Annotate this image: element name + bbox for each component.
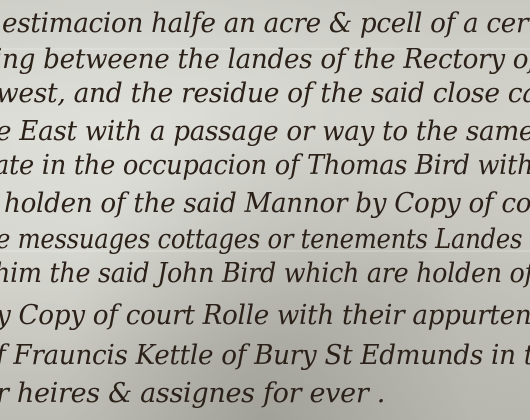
manuscript-line-7: e messuages cottages or tenements Landes… [0, 224, 530, 255]
manuscript-page: estimacion halfe an acre & pcell of a ce… [0, 0, 530, 420]
manuscript-line-4: e East with a passage or way to the same… [0, 116, 530, 147]
manuscript-line-2: ing betweene the landes of the Rectory o… [0, 44, 530, 75]
manuscript-line-3: west, and the residue of the said close … [0, 78, 530, 109]
manuscript-line-11: r heires & assignes for ever . [0, 378, 385, 409]
manuscript-line-9: y Copy of court Rolle with their appurte… [0, 300, 530, 331]
manuscript-line-8: him the said John Bird which are holden … [0, 258, 530, 289]
manuscript-line-6: holden of the said Mannor by Copy of cou… [4, 188, 530, 219]
manuscript-line-5: ate in the occupacion of Thomas Bird wit… [0, 150, 530, 181]
manuscript-line-1: estimacion halfe an acre & pcell of a ce… [2, 8, 530, 39]
manuscript-line-10: f Frauncis Kettle of Bury St Edmunds in … [0, 340, 530, 371]
